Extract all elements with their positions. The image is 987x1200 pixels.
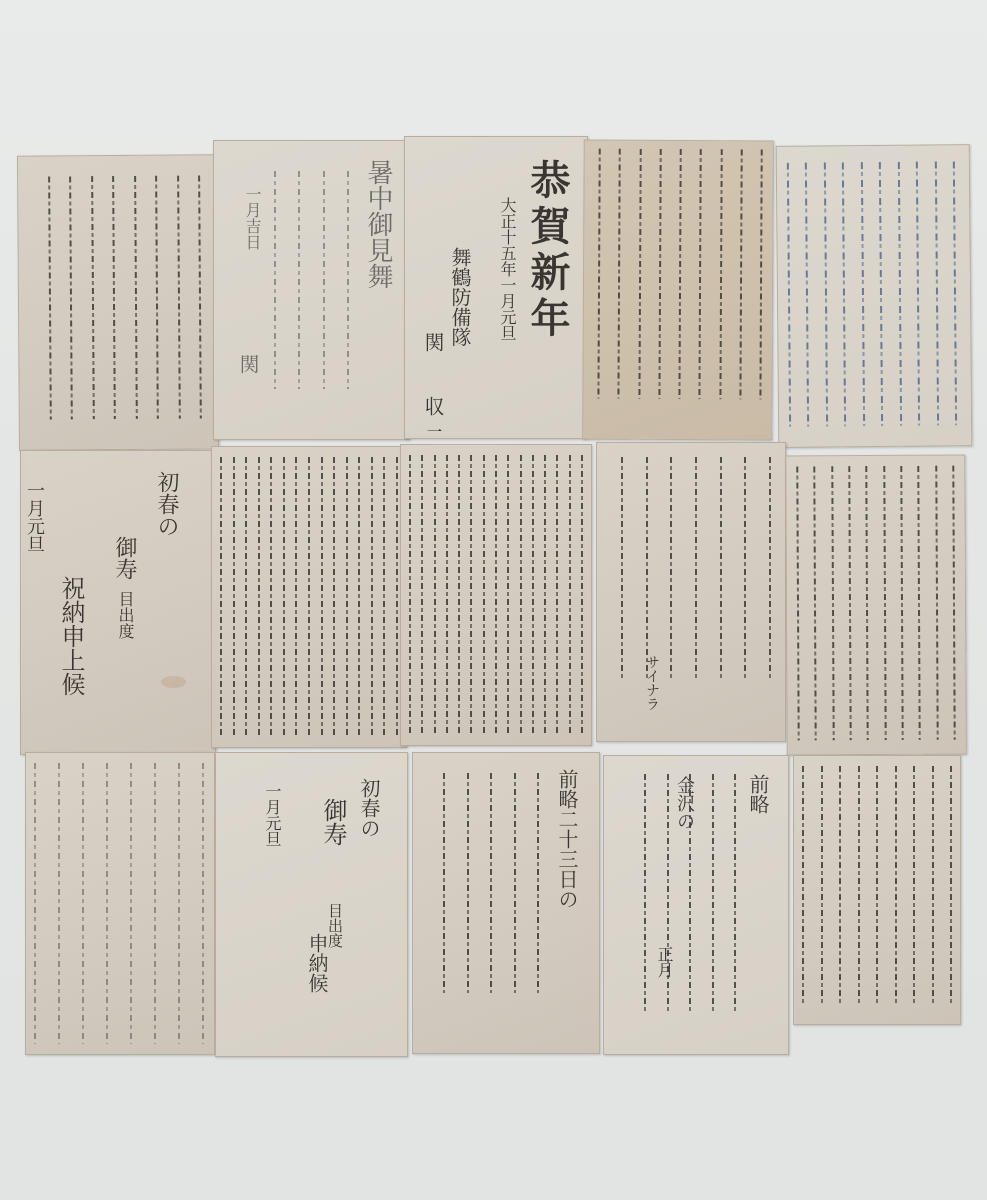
handwriting (597, 149, 762, 400)
inscription-signature: 関 収二 (423, 332, 443, 439)
inscription-date: 一月元旦 (264, 783, 280, 847)
inscription-line: 金沢の (675, 776, 693, 830)
inscription-heading: 暑中御見舞 (365, 159, 391, 289)
postcard-r3c5 (793, 755, 961, 1025)
inscription-date: 大正十五年一月元旦 (499, 197, 515, 341)
inscription-heading: 恭賀新年 (527, 159, 567, 343)
inscription-date: 一月元旦 (25, 481, 43, 553)
postcard-r3c1 (25, 752, 215, 1055)
inscription-line: 御寿 (113, 536, 135, 580)
handwriting (796, 466, 955, 741)
inscription-heading: 初春の (155, 471, 177, 537)
inscription-heading: 初春の (359, 778, 379, 838)
handwriting (443, 773, 539, 993)
handwriting (409, 455, 583, 735)
postcard-r3c4: 前略 金沢の 正月 (603, 755, 789, 1055)
postcard-r2c4: サイナラ (596, 442, 786, 742)
inscription-date: 一月吉日 (244, 186, 260, 250)
handwriting (220, 457, 398, 737)
handwriting (274, 171, 349, 389)
handwriting (787, 161, 957, 426)
postcard-r2c2 (211, 446, 407, 748)
inscription-line: 御寿 (321, 798, 345, 846)
inscription-line: 目出度 (327, 903, 342, 948)
paper-stain (161, 676, 186, 688)
inscription-line: 祝納申上候 (59, 576, 83, 696)
postcard-r1c3: 恭賀新年 大正十五年一月元旦 舞鶴防備隊 関 収二 (404, 136, 588, 439)
handwriting (802, 766, 952, 1004)
inscription-heading: 前略二十三日の (557, 769, 577, 909)
postcard-r3c2: 初春の 御寿 目出度 申納候 一月元旦 (215, 752, 408, 1057)
postcard-r1c5 (776, 144, 973, 448)
handwriting (34, 763, 204, 1044)
inscription-unit: 舞鶴防備隊 (450, 247, 470, 347)
postcard-r2c5 (785, 455, 967, 756)
inscription-line: 申納候 (307, 933, 327, 993)
inscription-closing: サイナラ (645, 655, 659, 711)
inscription-heading: 前略 (748, 774, 768, 814)
inscription-signature: 関 (238, 354, 258, 374)
inscription-closing: 正月 (656, 946, 672, 978)
postcard-r3c3: 前略二十三日の (412, 752, 600, 1054)
postcard-r1c2: 暑中御見舞 一月吉日 関 (213, 140, 410, 440)
postcard-r1c1 (17, 154, 219, 450)
postcard-r1c4 (582, 140, 774, 441)
postcard-r2c1: 初春の 御寿 目出度 祝納申上候 一月元旦 (20, 450, 216, 755)
handwriting (48, 175, 202, 419)
inscription-line: 目出度 (117, 591, 133, 639)
handwriting (621, 457, 771, 681)
postcard-r2c3 (400, 444, 592, 746)
